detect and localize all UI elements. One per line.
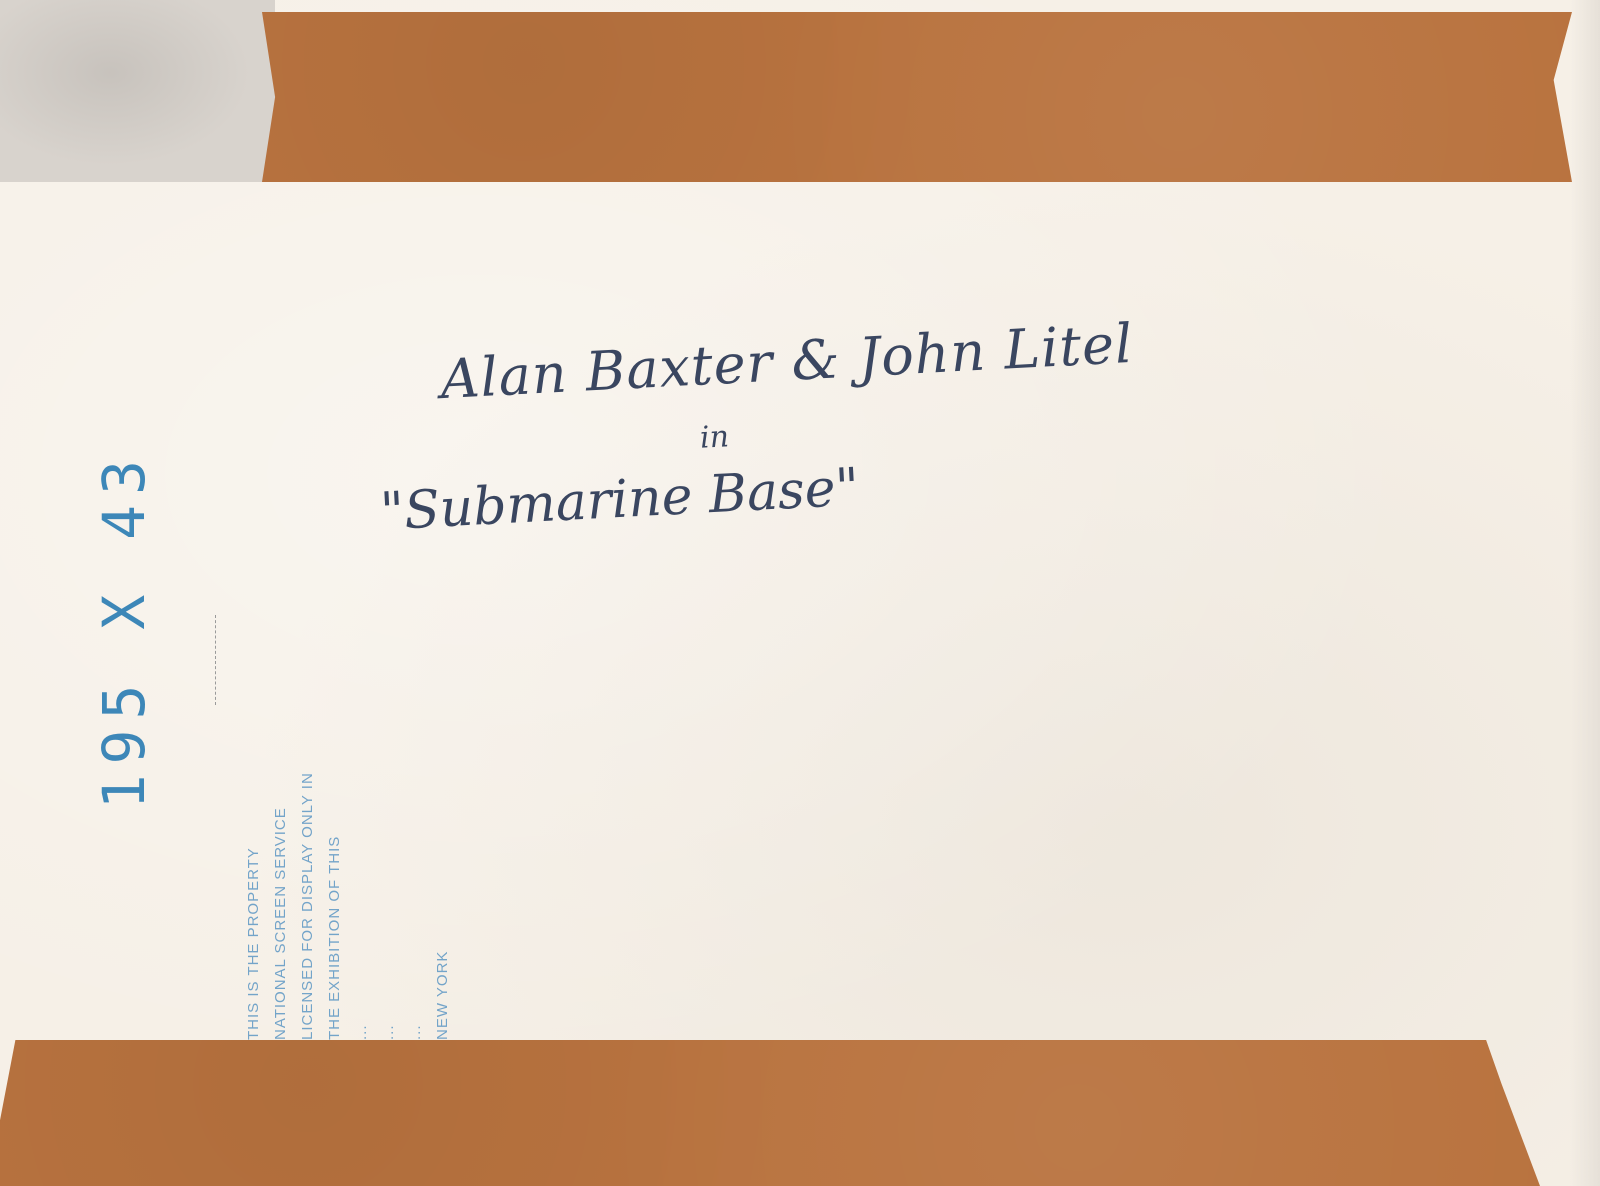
tape-strip-top (262, 12, 1572, 182)
tape-strip-bottom (0, 1040, 1540, 1186)
stamp-line: NATIONAL SCREEN SERVICE (267, 750, 294, 1040)
stamp-line: ... (375, 750, 402, 1040)
gray-residue-patch (0, 0, 275, 182)
stamp-line: NEW YORK (429, 750, 456, 1040)
property-stamp: THIS IS THE PROPERTY NATIONAL SCREEN SER… (240, 750, 470, 1040)
stamp-line: THE EXHIBITION OF THIS (321, 750, 348, 1040)
faint-dashed-line (215, 615, 217, 705)
stamp-line: LICENSED FOR DISPLAY ONLY IN (294, 750, 321, 1040)
stamped-number: 195 X 43 (90, 450, 158, 809)
stamp-line: THIS IS THE PROPERTY (240, 750, 267, 1040)
worn-right-edge (1570, 0, 1600, 1186)
stamp-line: ... (348, 750, 375, 1040)
handwritten-in: in (699, 419, 730, 455)
stamp-line: ... (402, 750, 429, 1040)
